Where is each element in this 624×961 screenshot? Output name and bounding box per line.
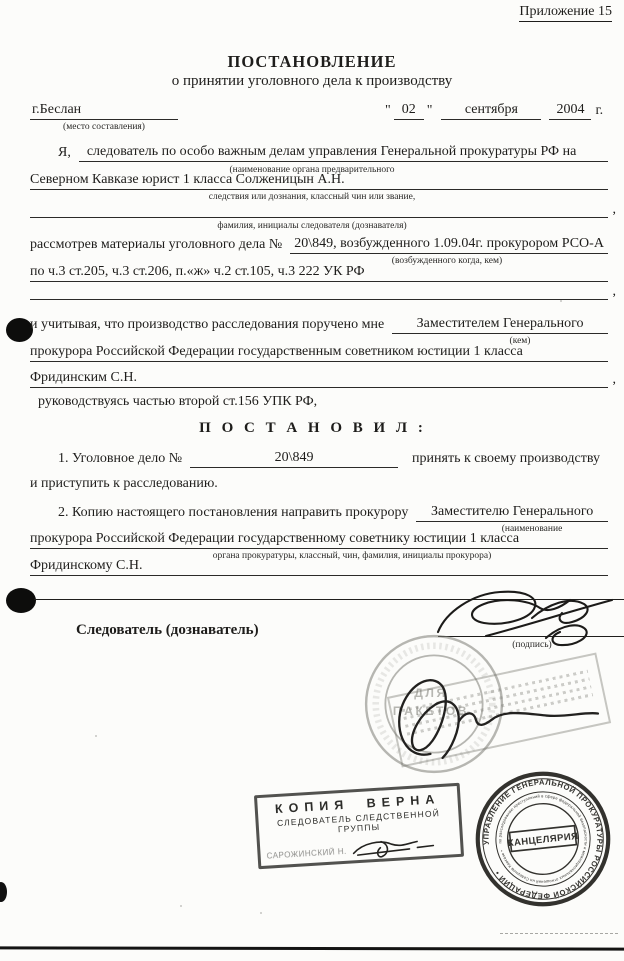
- item1-suffix: принять к своему производству: [398, 449, 600, 468]
- place-caption: (место составления): [63, 122, 145, 132]
- scan-speck: [260, 912, 262, 914]
- trailing-comma: ,: [613, 202, 617, 218]
- assigned-fill-1: Заместителем Генерального: [392, 314, 608, 334]
- trailing-comma: ,: [613, 372, 617, 388]
- date-open-quote: ": [382, 101, 394, 120]
- assigned-prefix: и учитывая, что производство расследован…: [30, 315, 392, 334]
- scanned-document-page: Приложение 15 ПОСТАНОВЛЕНИЕ о принятии у…: [0, 0, 624, 961]
- date-line: " 02 " сентября 2004 г.: [382, 100, 603, 120]
- intro-caption-3: фамилия, инициалы следователя (дознавате…: [217, 221, 406, 231]
- scan-dashed-line: [500, 933, 618, 934]
- document-title: ПОСТАНОВЛЕНИЕ: [0, 52, 624, 72]
- item2-row-3: Фридинскому С.Н.: [30, 556, 608, 576]
- trailing-comma: ,: [613, 284, 617, 300]
- document-subtitle: о принятии уголовного дела к производств…: [0, 73, 624, 90]
- ink-blob: [6, 588, 36, 613]
- copy-stamp-signature: [346, 832, 439, 864]
- date-close-quote: ": [424, 101, 436, 120]
- case-fill: 20\849, возбужденного 1.09.04г. прокурор…: [290, 234, 608, 254]
- assigned-fill-2: прокурора Российской Федерации государст…: [30, 342, 608, 362]
- scan-bottom-line: [0, 946, 624, 950]
- copy-verna-stamp: КОПИЯ ВЕРНА СЛЕДОВАТЕЛЬ СЛЕДСТВЕННОЙ ГРУ…: [254, 783, 464, 869]
- scan-speck: [95, 735, 97, 737]
- date-day: 02: [394, 100, 424, 120]
- assigned-row-1: и учитывая, что производство расследован…: [30, 314, 608, 334]
- item2-fill-3: Фридинскому С.Н.: [30, 556, 608, 576]
- item2-prefix: 2. Копию настоящего постановления направ…: [30, 503, 416, 522]
- item1-fill: 20\849: [190, 448, 398, 468]
- item1-row: 1. Уголовное дело № 20\849 принять к сво…: [30, 448, 608, 468]
- intro-prefix: Я,: [30, 143, 79, 162]
- appendix-label: Приложение 15: [519, 4, 612, 22]
- chancellery-round-stamp: УПРАВЛЕНИЕ ГЕНЕРАЛЬНОЙ ПРОКУРАТУРЫ РОССИ…: [458, 754, 624, 923]
- intro-fill-1: следователь по особо важным делам управл…: [79, 142, 608, 162]
- place-value: г.Беслан: [30, 100, 178, 120]
- articles-fill: по ч.3 ст.205, ч.3 ст.206, п.«ж» ч.2 ст.…: [30, 262, 608, 282]
- date-month: сентября: [441, 100, 541, 120]
- copy-stamp-name: САРОЖИНСКИЙ Н.: [266, 846, 347, 860]
- guided-clause: руководствуясь частью второй ст.156 УПК …: [38, 394, 317, 410]
- intro-fill-2: Северном Кавказе юрист 1 класса Солжениц…: [30, 170, 608, 190]
- item1-continuation: и приступить к расследованию.: [30, 476, 218, 492]
- intro-row-3: [30, 198, 608, 218]
- scan-speck: [180, 905, 182, 907]
- intro-row-2: Северном Кавказе юрист 1 класса Солжениц…: [30, 170, 608, 190]
- assigned-fill-3: Фридинским С.Н.: [30, 368, 608, 388]
- assigned-row-2: прокурора Российской Федерации государст…: [30, 342, 608, 362]
- item2-fill-2: прокурора Российской Федерации государст…: [30, 529, 608, 549]
- signer-label: Следователь (дознаватель): [76, 622, 259, 639]
- ink-blob: [6, 318, 33, 342]
- place-line: г.Беслан: [30, 100, 178, 120]
- articles-row: по ч.3 ст.205, ч.3 ст.206, п.«ж» ч.2 ст.…: [30, 262, 608, 282]
- item1-prefix: 1. Уголовное дело №: [30, 449, 190, 468]
- scan-edge-mark: [0, 882, 7, 902]
- item2-fill-1: Заместителю Генерального: [416, 502, 608, 522]
- resolved-heading: П О С Т А Н О В И Л :: [0, 420, 624, 437]
- case-row: рассмотрев материалы уголовного дела № 2…: [30, 234, 608, 254]
- case-prefix: рассмотрев материалы уголовного дела №: [30, 235, 290, 254]
- signature-flourish: [378, 652, 610, 770]
- blank-row: [30, 280, 608, 300]
- assigned-row-3: Фридинским С.Н.: [30, 368, 608, 388]
- item2-row: 2. Копию настоящего постановления направ…: [30, 502, 608, 522]
- scan-speck: [560, 300, 562, 302]
- blank-line: [30, 299, 608, 300]
- date-year: 2004: [549, 100, 591, 120]
- chancellery-center-text: КАНЦЕЛЯРИЯ: [507, 831, 579, 849]
- date-suffix: г.: [591, 101, 603, 120]
- item2-row-2: прокурора Российской Федерации государст…: [30, 529, 608, 549]
- intro-row-1: Я, следователь по особо важным делам упр…: [30, 142, 608, 162]
- blank-line: [30, 217, 608, 218]
